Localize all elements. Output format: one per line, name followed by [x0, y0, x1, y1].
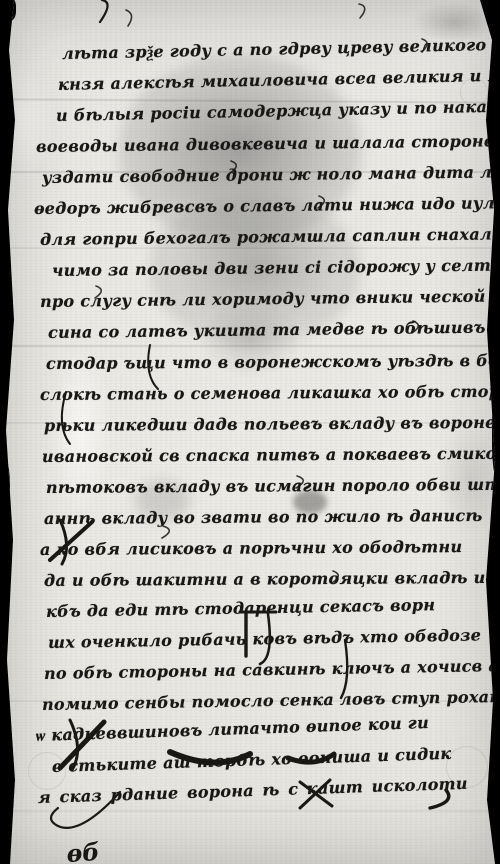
- manuscript-page: лѣта зрѯе году с а по гдрву цреву велико…: [0, 0, 500, 864]
- film-edge-mark: [492, 390, 500, 480]
- manuscript-line: стодар ъщи что в воронежскомъ уѣздѣ в бо…: [46, 345, 446, 379]
- manuscript-line: пѣтоковъ вкладу въ исмагин пороло обви ш…: [46, 469, 460, 503]
- manuscript-line: сина со латвъ укиита та медве ѣ обѣшивъ …: [48, 312, 466, 348]
- film-edge-mark: [0, 0, 16, 22]
- manuscript-line: а ко вбя лисиковъ а порѣчни хо ободѣтни: [40, 531, 440, 565]
- manuscript-line: про слугу снѣ ли хоримоду что вники ческ…: [40, 281, 470, 317]
- manuscript-line: рѣки ликедши дадв польевъ вкладу въ воро…: [44, 407, 454, 441]
- scribe-end-mark: ѳб: [66, 812, 500, 864]
- manuscript-text: лѣта зрѯе году с а по гдрву цреву велико…: [0, 38, 500, 851]
- manuscript-line: воеводы ивана дивовкевича и шалала сторо…: [36, 126, 470, 162]
- film-edge-mark: [0, 455, 10, 535]
- manuscript-line: аннѣ вкладу во звати во по жило ѣ данисѣ: [44, 500, 450, 534]
- film-edge-mark: [490, 0, 500, 44]
- manuscript-line: слокѣ стань о семенова ликашка хо обѣ ст…: [40, 376, 460, 410]
- scanned-document: лѣта зрѯе году с а по гдрву цреву велико…: [0, 0, 500, 864]
- manuscript-line: ивановской св спаска питвъ а покваевъ см…: [42, 438, 466, 472]
- manuscript-line: для гопри бехогалъ рожамшла саплин снаха…: [40, 219, 460, 255]
